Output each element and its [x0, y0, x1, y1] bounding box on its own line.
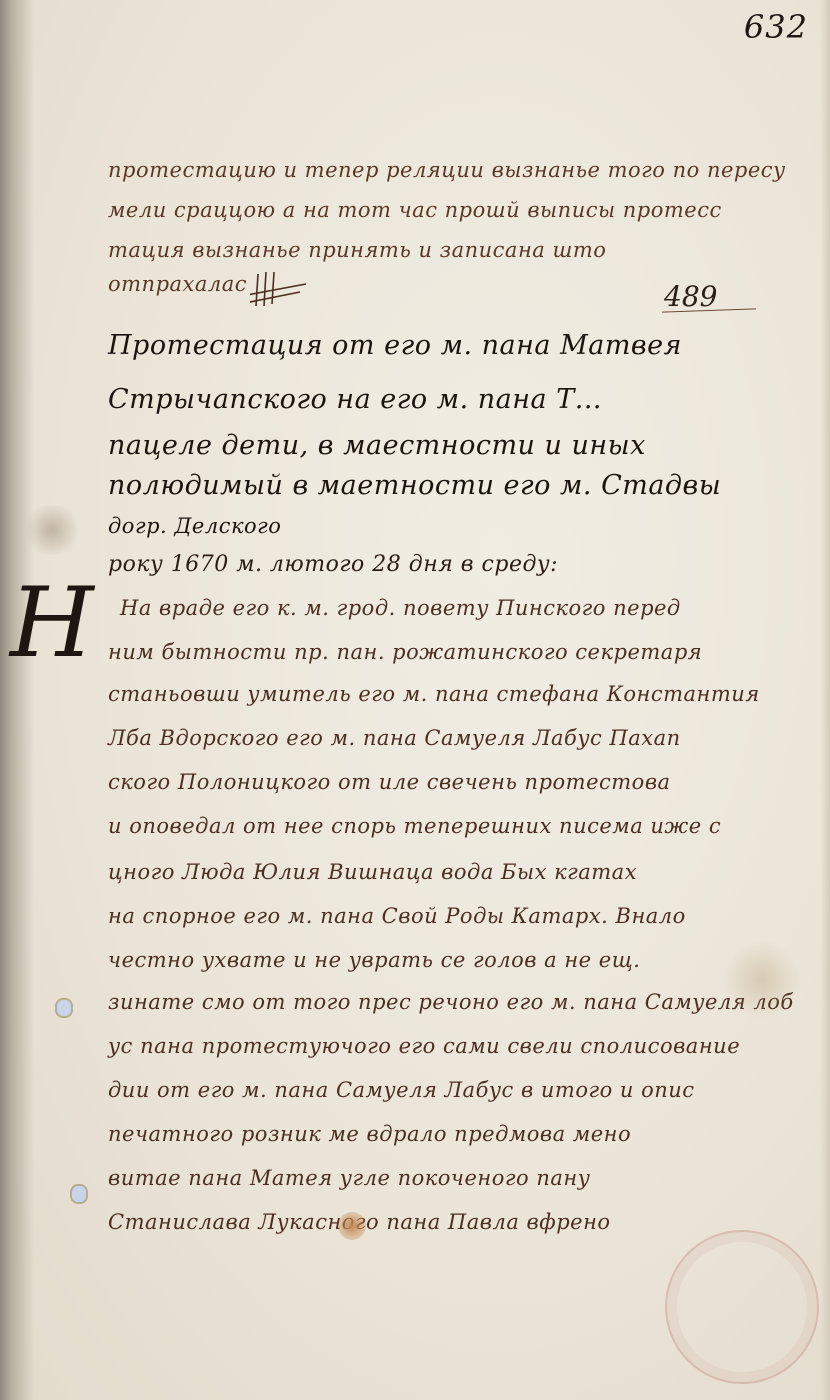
text-line: на спорное его м. пана Свой Роды Катарх.…: [108, 904, 686, 928]
text-line: ним бытности пр. пан. рожатинского секре…: [108, 640, 702, 664]
text-line: отпрахалас: [108, 272, 247, 296]
page-edge: [820, 0, 830, 1400]
date-line: року 1670 м. лютого 28 дня в среду:: [108, 552, 558, 577]
manuscript-page: 632 489 протестацию и тепер реляции вызн…: [0, 0, 830, 1400]
binding-gutter-shadow: [0, 0, 34, 1400]
text-line: цного Люда Юлия Вишнаца вода Бых кгатах: [108, 860, 637, 884]
text-line: станьовши умитель его м. пана стефана Ко…: [108, 682, 760, 706]
text-line: зинате смо от того прес речоно его м. па…: [108, 990, 794, 1014]
heading-line: полюдимый в маетности его м. Стадвы: [108, 470, 721, 501]
text-line: мели сраццою а на тот час прошй выписы п…: [108, 198, 722, 222]
text-line: ского Полоницкого от иле свечень протест…: [108, 770, 671, 794]
decorated-initial: Н: [10, 575, 94, 671]
hatched-flourish-mark: [250, 270, 310, 310]
text-line: тация вызнанье принять и записана што: [108, 238, 606, 262]
binding-hole: [57, 1000, 71, 1016]
margin-stain: [722, 940, 802, 1020]
heading-line: пацеле дети, в маестности и иных: [108, 430, 646, 461]
text-line: витае пана Матея угле покоченого пану: [108, 1166, 590, 1190]
text-line: Лба Вдорского его м. пана Самуеля Лабус …: [108, 726, 681, 750]
text-line: и оповедал от нее спорь теперешних писем…: [108, 814, 721, 838]
binding-hole: [72, 1186, 86, 1202]
folio-number: 632: [744, 8, 808, 46]
heading-line: догр. Делского: [108, 514, 281, 538]
text-line: ус пана протестуючого его сами свели спо…: [108, 1034, 740, 1058]
text-line: протестацию и тепер реляции вызнанье тог…: [108, 158, 786, 182]
heading-line: Протестация от его м. пана Матвея: [108, 330, 682, 361]
text-line: На враде его к. м. грод. повету Пинского…: [120, 596, 681, 620]
margin-smudge: [22, 505, 82, 555]
text-line: дии от его м. пана Самуеля Лабус в итого…: [108, 1078, 695, 1102]
brown-stain: [338, 1212, 366, 1240]
text-line: честно ухвате и не уврать се голов а не …: [108, 948, 640, 972]
heading-line: Стрычапского на его м. пана Т...: [108, 384, 602, 415]
margin-entry-number: 489: [664, 280, 717, 313]
text-line: печатного розник ме вдрало предмова мено: [108, 1122, 631, 1146]
library-stamp: [665, 1230, 819, 1384]
